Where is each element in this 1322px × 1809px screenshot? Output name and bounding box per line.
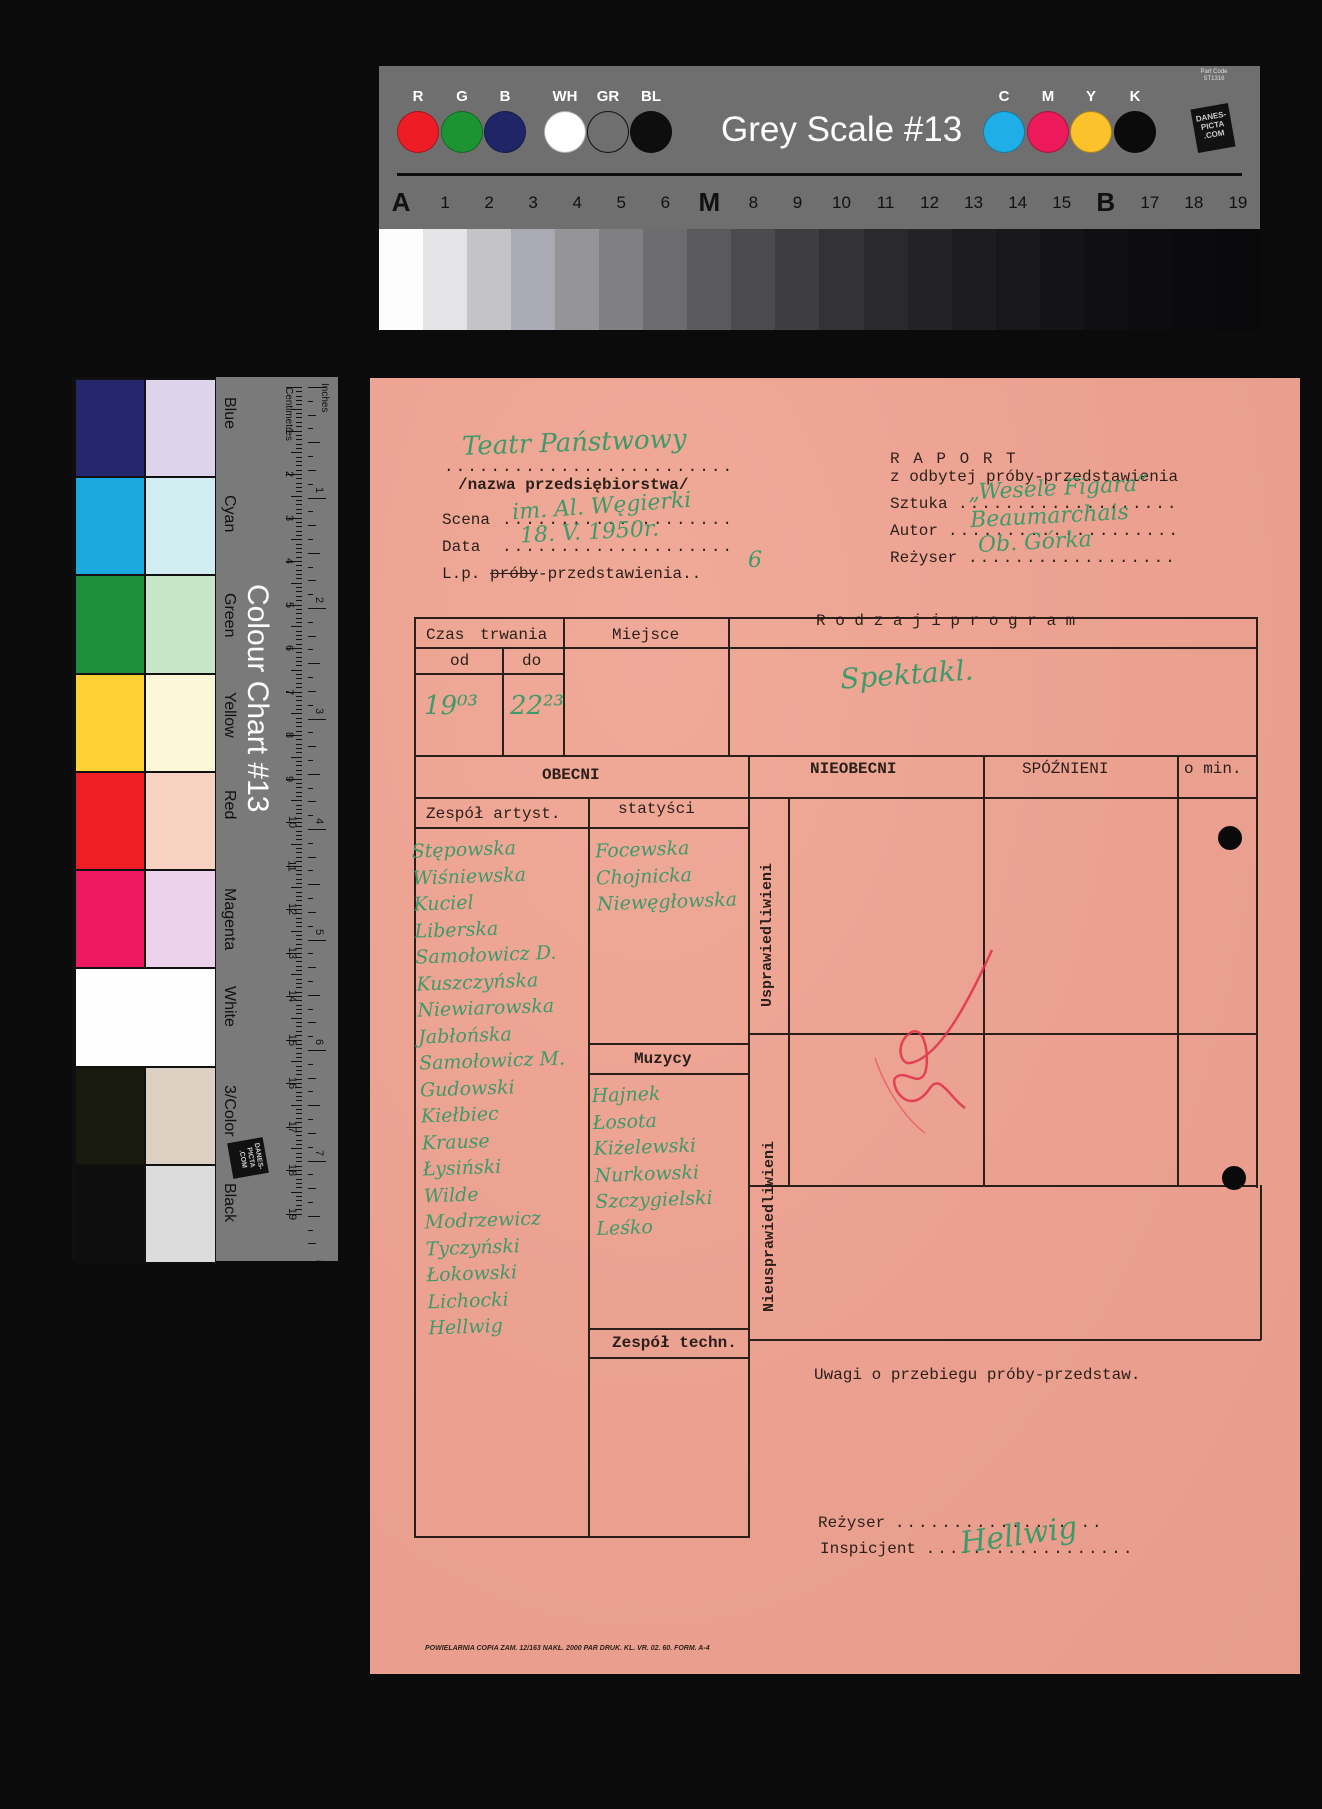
rehearsal-report-form: Teatr Państwowy ........................… — [370, 378, 1300, 1674]
dot-label-y: Y — [1069, 88, 1113, 105]
cm-tick-label: 9 — [283, 775, 295, 781]
grey-swatch — [1084, 229, 1128, 330]
color-dot-b — [484, 111, 526, 153]
patch-green-dark — [75, 575, 145, 673]
cm-tick-label: 7 — [283, 688, 295, 694]
data-label: Data — [442, 538, 480, 556]
color-dot-gr — [587, 111, 629, 153]
cm-tick-label: 19 — [286, 1207, 298, 1219]
scale-label: B — [1084, 187, 1128, 218]
grey-swatches — [379, 229, 1260, 330]
sztuka-label: Sztuka — [890, 495, 948, 513]
printer-imprint: POWIELARNIA COPIA ZAM. 12/163 NAKŁ. 2000… — [425, 1645, 710, 1652]
patch-magenta-light — [145, 870, 216, 968]
inch-tick-label: 3 — [313, 707, 325, 713]
grey-swatch — [731, 229, 775, 330]
cm-tick-label: 16 — [286, 1077, 298, 1089]
list-item: Leśko — [596, 1211, 714, 1242]
scena-label: Scena — [442, 511, 490, 529]
zespol-artyst-list: StępowskaWiśniewskaKucielLiberskaSamołow… — [411, 834, 574, 1342]
scale-label: M — [687, 187, 731, 218]
patch-yellow-dark — [75, 674, 145, 772]
scale-label: 10 — [820, 193, 864, 213]
punch-hole — [1218, 826, 1242, 850]
divider — [397, 173, 1242, 176]
grey-scale-card: RGBWHGRBLCMYK Grey Scale #13 Part Code S… — [379, 66, 1260, 330]
color-dot-g — [441, 111, 483, 153]
list-item: Niewiarowska — [417, 993, 564, 1025]
obecni-label: OBECNI — [542, 766, 600, 784]
grey-swatch — [908, 229, 952, 330]
part-code: Part Code ST1316 — [1179, 69, 1249, 83]
scale-label: 5 — [599, 193, 643, 213]
rodzaj-value: Spektakl. — [839, 653, 974, 695]
grey-swatch — [555, 229, 599, 330]
patch-green-light — [145, 575, 216, 673]
list-item: Hajnek — [591, 1079, 709, 1110]
list-item: Samołowicz D. — [415, 940, 562, 972]
list-item: Samołowicz M. — [419, 1045, 566, 1077]
rodzaj-label: R o d z a j i p r o g r a m — [816, 612, 1075, 630]
scale-label: 2 — [467, 193, 511, 213]
grey-swatch — [467, 229, 511, 330]
cm-tick-label: 1 — [283, 427, 295, 433]
patch-red-light — [145, 772, 216, 870]
color-dot-k — [1114, 111, 1156, 153]
inch-tick-label: 7 — [313, 1149, 325, 1155]
inch-tick-label: 5 — [313, 928, 325, 934]
cm-tick-label: 2 — [283, 471, 295, 477]
grey-swatch — [379, 229, 423, 330]
grey-swatch — [1128, 229, 1172, 330]
colour-label-red: Red — [220, 790, 238, 819]
dot-label-bl: BL — [629, 88, 673, 105]
color-dot-bl — [630, 111, 672, 153]
cm-tick-label: 4 — [283, 558, 295, 564]
grey-swatch — [687, 229, 731, 330]
colour-label-magenta: Magenta — [220, 888, 238, 950]
patch-cyan-dark — [75, 477, 145, 575]
lp-value: 6 — [748, 548, 762, 573]
cm-tick-label: 15 — [286, 1033, 298, 1045]
cm-tick-label: 11 — [286, 860, 298, 871]
patch-magenta-dark — [75, 870, 145, 968]
cm-tick-label: 18 — [286, 1164, 298, 1176]
statysci-list: FocewskaChojnickaNiewęgłowska — [595, 834, 738, 918]
scale-label: 18 — [1172, 193, 1216, 213]
o-min-label: o min. — [1184, 760, 1242, 778]
do-label: do — [522, 652, 541, 670]
report-title: R A P O R T — [890, 450, 1018, 468]
colour-label-black: Black — [220, 1183, 238, 1222]
scale-label: 12 — [908, 193, 952, 213]
inch-tick-label: 8 — [313, 1260, 325, 1261]
patch-red-dark — [75, 772, 145, 870]
uwagi-label: Uwagi o przebiegu próby-przedstaw. — [814, 1366, 1140, 1384]
scale-label: 4 — [555, 193, 599, 213]
dot-label-k: K — [1113, 88, 1157, 105]
scale-label: 17 — [1128, 193, 1172, 213]
scale-label: 19 — [1216, 193, 1260, 213]
grey-scale-title: Grey Scale #13 — [721, 110, 962, 150]
scale-label: 14 — [996, 193, 1040, 213]
patch-blue-light — [145, 379, 216, 477]
dot-label-c: C — [982, 88, 1026, 105]
lp-label: L.p. próby-przedstawienia.. — [442, 565, 701, 583]
part-code-value: ST1316 — [1179, 76, 1249, 83]
lp-prefix: L.p. — [442, 565, 480, 583]
dot-label-r: R — [396, 88, 440, 105]
cm-tick-label: 3 — [283, 514, 295, 520]
grey-swatch — [511, 229, 555, 330]
cm-tick-label: 8 — [283, 732, 295, 738]
zespol-artyst-label: Zespół artyst. — [426, 805, 560, 823]
list-item: Kiżelewski — [593, 1132, 711, 1163]
grey-swatch — [1040, 229, 1084, 330]
cm-tick-label: 13 — [286, 946, 298, 958]
grey-swatch — [599, 229, 643, 330]
grey-swatch — [864, 229, 908, 330]
color-dot-c — [983, 111, 1025, 153]
scale-label: A — [379, 187, 423, 218]
color-dot-wh — [544, 111, 586, 153]
colour-label-green: Green — [220, 593, 238, 637]
nieusprawiedliwieni-label: Nieusprawiedliwieni — [761, 1141, 778, 1312]
patch-yellow-light — [145, 674, 216, 772]
patch-3/color-light — [145, 1067, 216, 1165]
grey-swatch — [1172, 229, 1216, 330]
grey-swatch — [996, 229, 1040, 330]
inch-tick-label: 6 — [313, 1039, 325, 1045]
cm-tick-label: 6 — [283, 645, 295, 651]
cm-tick-label: 10 — [286, 816, 298, 828]
scale-label: 1 — [423, 193, 467, 213]
patch-black-light — [145, 1165, 216, 1263]
lp-struck: próby — [490, 565, 538, 583]
scale-label: 11 — [864, 193, 908, 213]
list-item: Niewęgłowska — [597, 887, 738, 918]
od-value: 19⁰³ — [424, 691, 478, 721]
od-label: od — [450, 652, 469, 670]
scale-label: 13 — [952, 193, 996, 213]
patch-black-dark — [75, 1165, 145, 1263]
ruler: BlueCyanGreenYellowRedMagentaWhite3/Colo… — [216, 377, 338, 1261]
cm-tick-label: 12 — [286, 903, 298, 915]
colour-label-cyan: Cyan — [220, 495, 238, 532]
color-dot-m — [1027, 111, 1069, 153]
dot-label-wh: WH — [543, 88, 587, 105]
list-item: Nurkowski — [594, 1158, 712, 1189]
usprawiedliwieni-label: Usprawiedliwieni — [759, 863, 776, 1007]
part-code-label: Part Code — [1179, 69, 1249, 76]
grey-swatch — [1216, 229, 1260, 330]
colour-chart-title: Colour Chart #13 — [240, 584, 274, 812]
cm-tick-label: 5 — [283, 601, 295, 607]
grey-swatch — [423, 229, 467, 330]
dotted-line: ......................... — [444, 458, 734, 476]
color-dot-y — [1070, 111, 1112, 153]
muzycy-list: HajnekŁosotaKiżelewskiNurkowskiSzczygiel… — [591, 1079, 714, 1242]
cm-tick-label: 14 — [286, 990, 298, 1002]
patch-cyan-light — [145, 477, 216, 575]
dot-label-g: G — [440, 88, 484, 105]
inch-tick-label: 2 — [313, 597, 325, 603]
colour-label-3/color: 3/Color — [220, 1085, 238, 1137]
colour-label-yellow: Yellow — [220, 692, 238, 738]
scale-label: 3 — [511, 193, 555, 213]
rezyser-label: Reżyser — [890, 549, 957, 567]
spoznieni-label: SPÓŹNIENI — [1022, 760, 1108, 778]
trwania-label: trwania — [480, 626, 547, 644]
zespol-techn-label: Zespół techn. — [612, 1334, 737, 1352]
colour-label-blue: Blue — [220, 397, 238, 429]
list-item: Szczygielski — [595, 1185, 713, 1216]
colour-chart-card: BlueCyanGreenYellowRedMagentaWhite3/Colo… — [72, 377, 338, 1261]
list-item: Hellwig — [428, 1310, 575, 1342]
do-value: 22²³ — [510, 691, 564, 721]
cm-tick-label: 17 — [286, 1120, 298, 1132]
dot-label-m: M — [1026, 88, 1070, 105]
scale-label: 8 — [731, 193, 775, 213]
grey-swatch — [775, 229, 819, 330]
scale-label: 6 — [643, 193, 687, 213]
danes-picta-logo: DANES-PICTA .COM — [1190, 103, 1235, 153]
danes-picta-logo: DANES-PICTA .COM — [227, 1137, 269, 1179]
patch-3/color-dark — [75, 1067, 145, 1165]
muzycy-label: Muzycy — [634, 1050, 692, 1068]
list-item: Łosota — [592, 1105, 710, 1136]
punch-hole — [1222, 1166, 1246, 1190]
patch-blue-dark — [75, 379, 145, 477]
grey-swatch — [952, 229, 996, 330]
scale-label: 9 — [775, 193, 819, 213]
inch-tick-label: 4 — [313, 818, 325, 824]
miejsce-label: Miejsce — [612, 626, 679, 644]
dot-label-b: B — [483, 88, 527, 105]
company-name-handwritten: Teatr Państwowy — [462, 424, 687, 462]
color-dot-r — [397, 111, 439, 153]
scale-label: 15 — [1040, 193, 1084, 213]
autor-label: Autor — [890, 522, 938, 540]
grey-swatch — [643, 229, 687, 330]
dot-label-gr: GR — [586, 88, 630, 105]
inch-tick-label: 1 — [313, 486, 325, 492]
lp-rest: -przedstawienia — [538, 565, 682, 583]
grey-swatch — [819, 229, 863, 330]
statysci-label: statyści — [618, 800, 695, 818]
red-initials-mark — [870, 948, 1000, 1138]
patch-white-dark — [75, 968, 216, 1066]
nieobecni-label: NIEOBECNI — [810, 760, 896, 778]
colour-label-white: White — [220, 986, 238, 1027]
czas-label: Czas — [426, 626, 464, 644]
